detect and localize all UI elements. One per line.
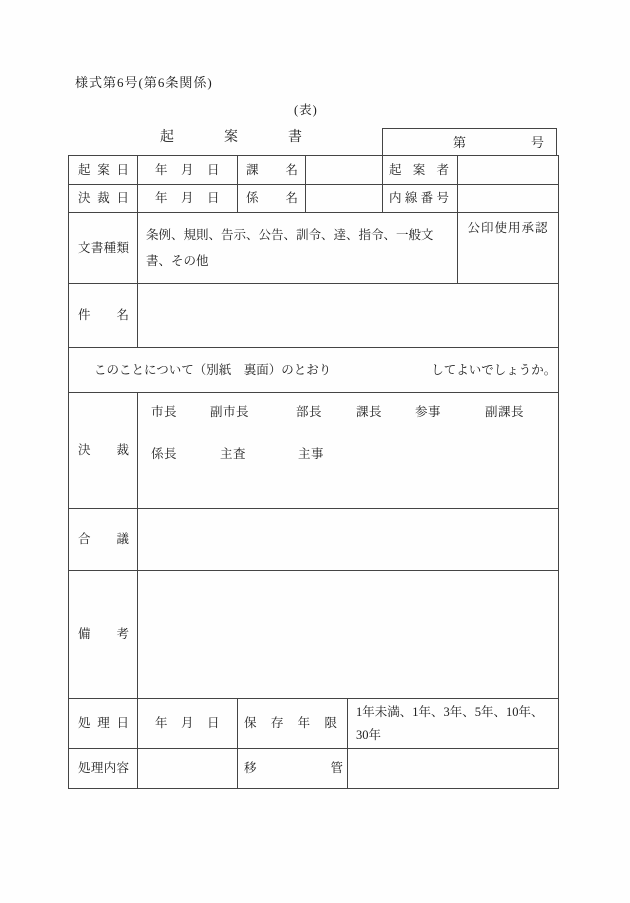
form-number: 様式第6号(第6条関係) [75, 76, 213, 89]
processing-date-label: 処理日 [78, 717, 129, 730]
subject-label: 件名 [78, 309, 129, 322]
decision-role-division-head: 課長 [356, 406, 382, 419]
processing-date-value: 年 月 日 [155, 717, 220, 730]
processing-content-label: 処理内容 [78, 762, 129, 775]
doc-type-label: 文書種類 [78, 242, 129, 255]
transfer-label: 移管 [244, 762, 343, 775]
decision-role-senior-staff: 主査 [220, 448, 246, 461]
request-sentence-before: このことについて（別紙 裏面）のとおり [94, 364, 331, 377]
drafter-label-cell: 起案者 [383, 156, 458, 185]
section-value-cell [306, 185, 383, 213]
extension-label-cell: 内線番号 [383, 185, 458, 213]
section-label: 係名 [246, 192, 298, 205]
processing-content-label-cell: 処理内容 [69, 749, 138, 788]
doc-type-options: 条例、規則、告示、公告、訓令、達、指令、一般文書、その他 [146, 222, 449, 274]
doc-number-label: 第 号 [453, 136, 544, 149]
subject-value-cell [138, 284, 558, 348]
retention-label: 保存年限 [244, 717, 337, 730]
decision-label-cell: 決裁 [69, 393, 138, 509]
remarks-label-cell: 備考 [69, 571, 138, 699]
form-table: 起案日 年 月 日 課名 起案者 決裁日 年 月 日 係名 内 [68, 155, 559, 789]
draft-date-label: 起案日 [78, 164, 129, 177]
seal-approval-label: 公印使用承認 [467, 222, 548, 235]
form-page: 様式第6号(第6条関係) (表) 起案書 第 号 起案日 年 月 日 課名 起案… [0, 0, 630, 903]
extension-label: 内線番号 [389, 192, 449, 205]
decision-role-counselor: 参事 [415, 406, 441, 419]
council-value-cell [138, 509, 558, 571]
council-label-cell: 合議 [69, 509, 138, 571]
remarks-label: 備考 [78, 628, 129, 641]
processing-date-label-cell: 処理日 [69, 699, 138, 749]
processing-date-value-cell: 年 月 日 [138, 699, 238, 749]
drafter-value-cell [458, 156, 558, 185]
transfer-value-cell [348, 749, 558, 788]
request-sentence-cell: このことについて（別紙 裏面）のとおりしてよいでしょうか。 [69, 348, 558, 393]
division-label: 課名 [246, 164, 298, 177]
request-sentence-after: してよいでしょうか。 [431, 364, 556, 377]
decision-role-mayor: 市長 [151, 406, 177, 419]
approval-date-label-cell: 決裁日 [69, 185, 138, 213]
transfer-label-cell: 移管 [238, 749, 348, 788]
approval-date-value: 年 月 日 [155, 192, 220, 205]
seal-approval-cell: 公印使用承認 [458, 213, 558, 284]
division-label-cell: 課名 [238, 156, 306, 185]
council-label: 合議 [78, 533, 129, 546]
decision-role-department-head: 部長 [296, 406, 322, 419]
division-value-cell [306, 156, 383, 185]
decision-role-staff: 主事 [298, 448, 324, 461]
form-side-label: (表) [294, 104, 318, 117]
doc-type-label-cell: 文書種類 [69, 213, 138, 284]
retention-options-cell: 1年未満、1年、3年、5年、10年、30年 [348, 699, 558, 749]
draft-date-label-cell: 起案日 [69, 156, 138, 185]
subject-label-cell: 件名 [69, 284, 138, 348]
decision-role-deputy-mayor: 副市長 [210, 406, 249, 419]
retention-label-cell: 保存年限 [238, 699, 348, 749]
processing-content-value-cell [138, 749, 238, 788]
retention-options: 1年未満、1年、3年、5年、10年、30年 [356, 701, 550, 747]
approval-date-label: 決裁日 [78, 192, 129, 205]
approval-date-value-cell: 年 月 日 [138, 185, 238, 213]
drafter-label: 起案者 [389, 164, 449, 177]
decision-role-deputy-division-head: 副課長 [485, 406, 524, 419]
decision-label: 決裁 [78, 444, 129, 457]
remarks-value-cell [138, 571, 558, 699]
decision-roles-cell: 市長 副市長 部長 課長 参事 副課長 係長 主査 主事 [138, 393, 558, 509]
doc-number-box: 第 号 [382, 128, 557, 155]
doc-type-options-cell: 条例、規則、告示、公告、訓令、達、指令、一般文書、その他 [138, 213, 458, 284]
decision-role-section-chief: 係長 [151, 448, 177, 461]
form-title: 起案書 [160, 131, 302, 145]
draft-date-value: 年 月 日 [155, 164, 220, 177]
draft-date-value-cell: 年 月 日 [138, 156, 238, 185]
section-label-cell: 係名 [238, 185, 306, 213]
extension-value-cell [458, 185, 558, 213]
